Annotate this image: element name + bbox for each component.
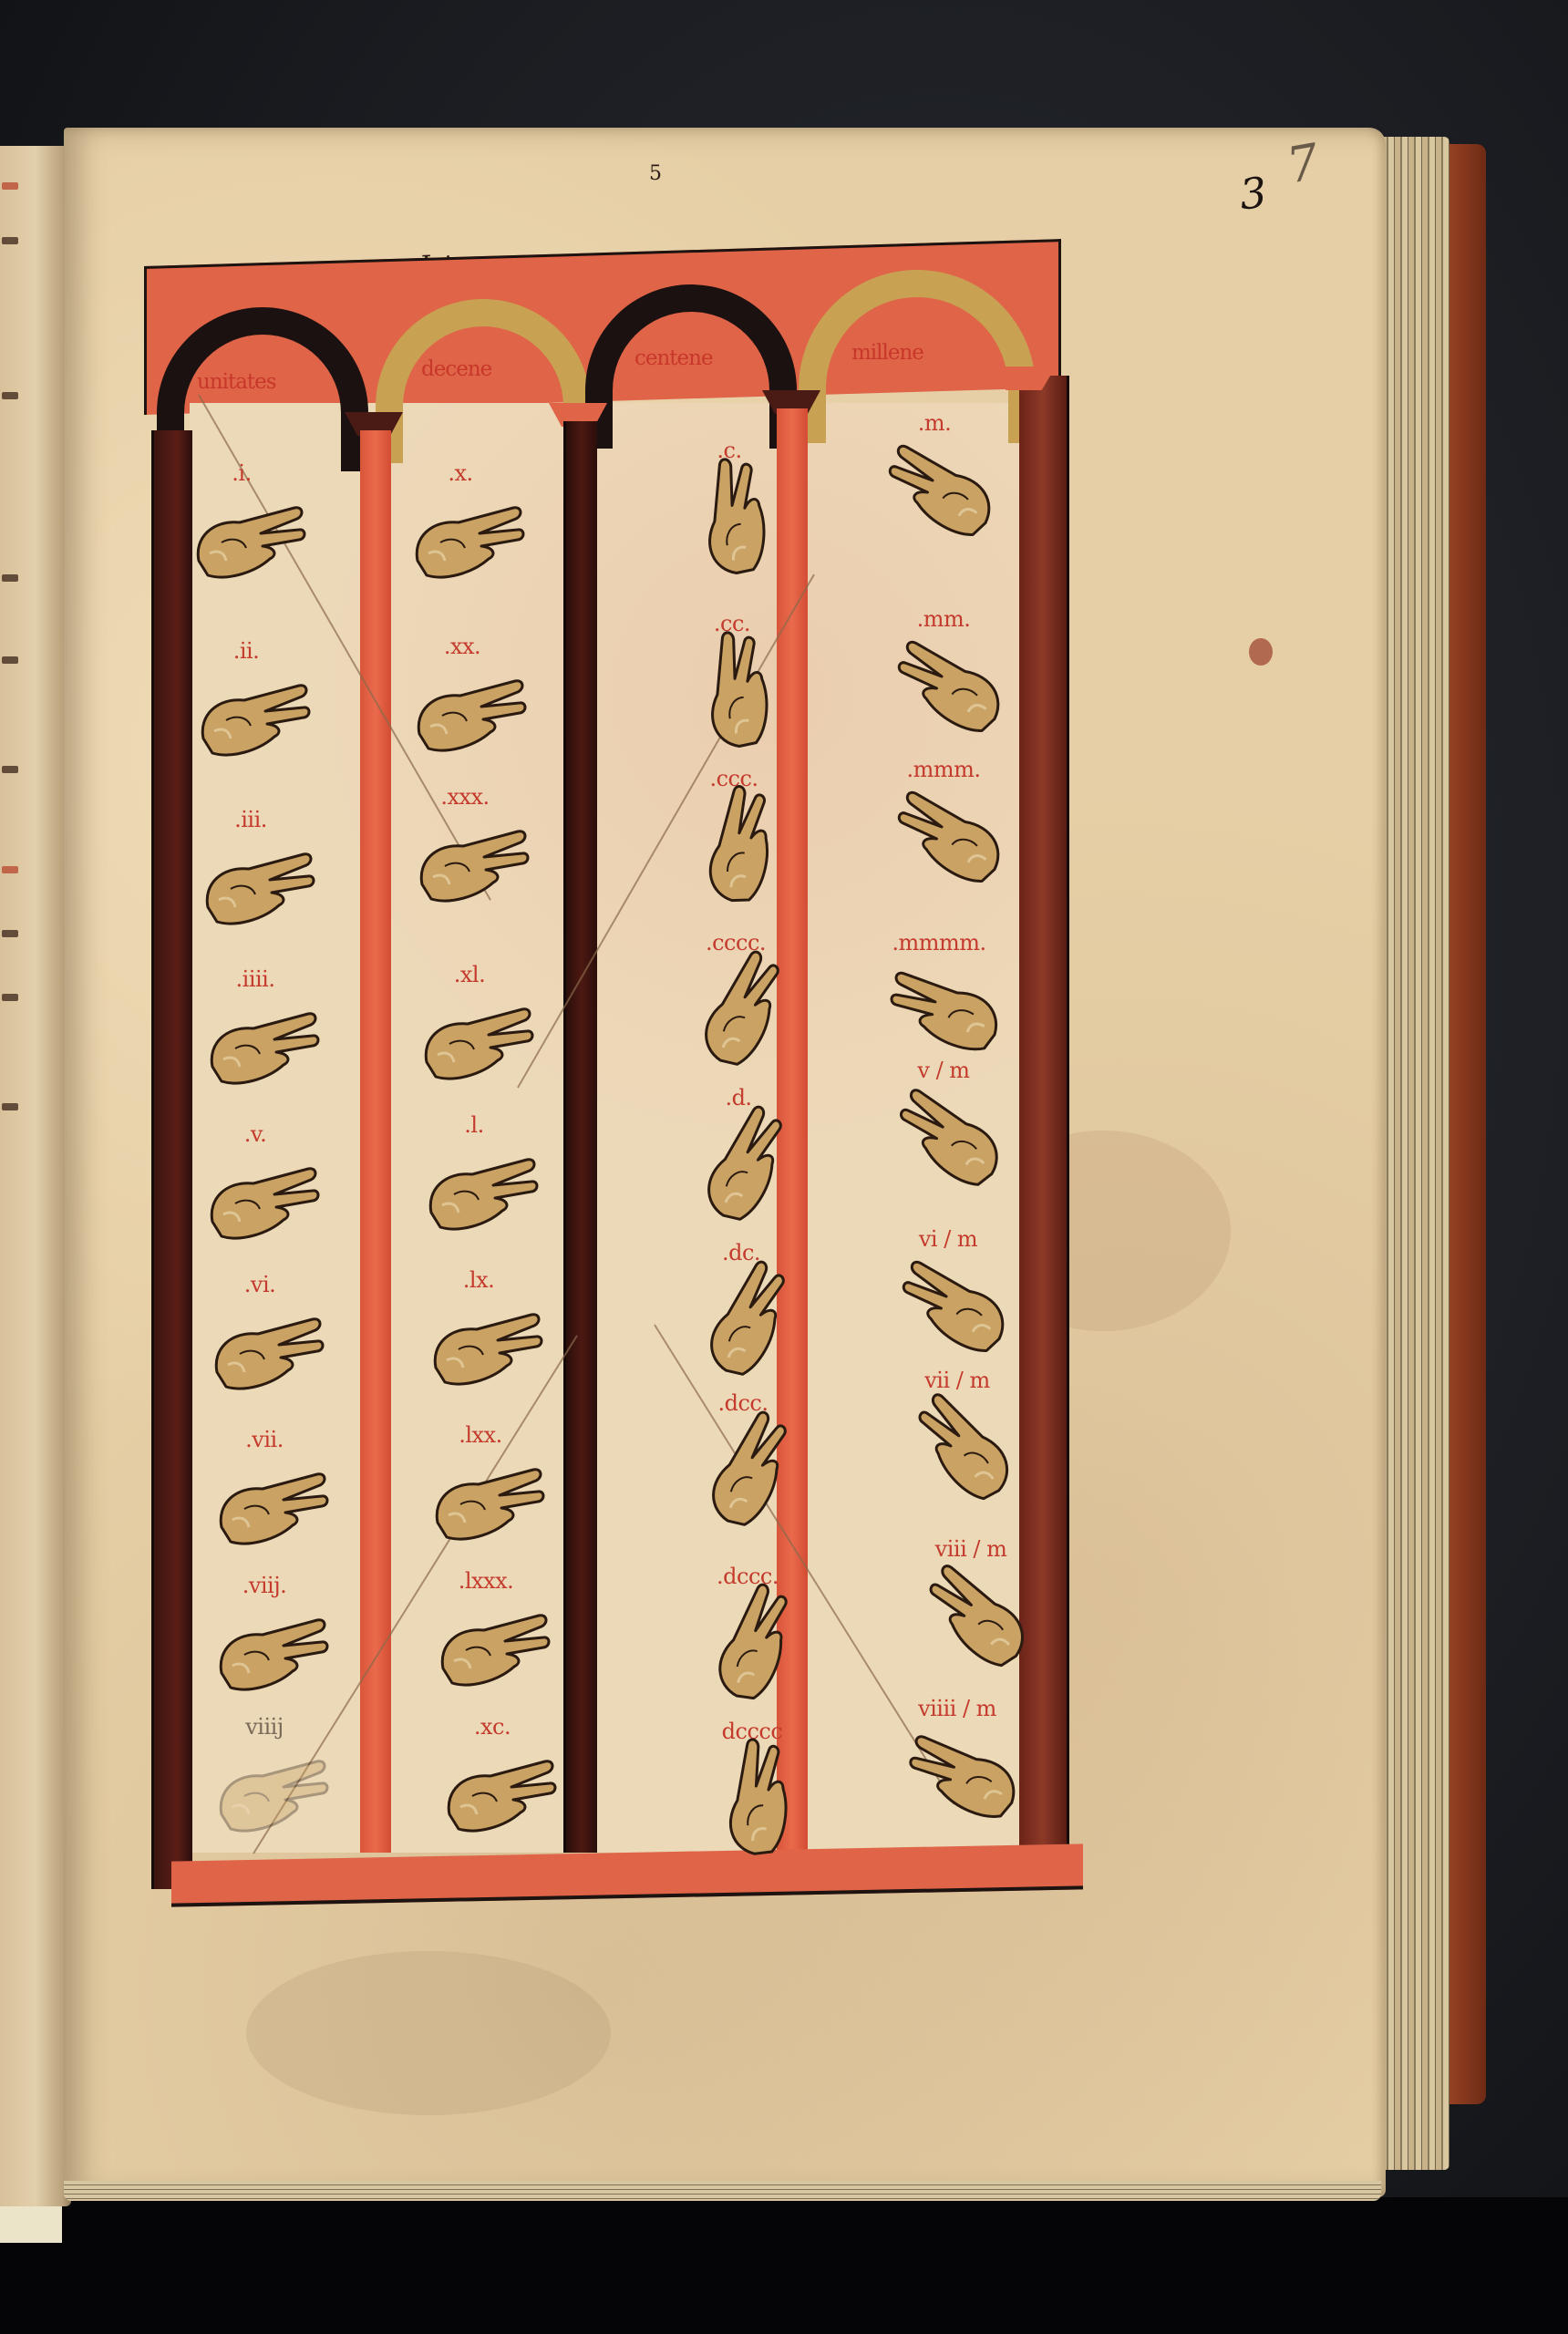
counting-hand-icon: [891, 1380, 1039, 1519]
numeral-label: .iiii.: [187, 966, 324, 992]
counting-hand-icon: [418, 998, 536, 1090]
hand-sign-cell: .xc.: [424, 1714, 570, 1878]
facing-text-fragment: [2, 994, 18, 1001]
counting-hand-icon: [905, 1552, 1051, 1685]
hand-sign-cell: .cccc.: [667, 930, 813, 1094]
hand-sign-cell: .lx.: [410, 1267, 556, 1431]
numeral-label: .lx.: [410, 1267, 547, 1293]
facing-text-fragment: [2, 656, 18, 664]
facing-text-fragment: [2, 574, 18, 582]
counting-hand-icon: [408, 497, 527, 588]
hand-sign-cell: viii / m: [903, 1536, 1048, 1700]
hand-sign-cell: .mm.: [875, 606, 1021, 770]
counting-hand-icon: [440, 1750, 559, 1842]
hand-sign-cell: .dccc.: [679, 1564, 825, 1728]
numeral-label: .iii.: [182, 807, 319, 832]
hand-sign-cell: .d.: [670, 1085, 816, 1249]
numeral-label: vii / m: [889, 1368, 1026, 1393]
numeral-label: v / m: [875, 1058, 1012, 1083]
background-shadow: [0, 2197, 1568, 2334]
numeral-label: .x.: [392, 460, 529, 486]
numeral-label: .xxx.: [397, 784, 533, 810]
numeral-label: vi / m: [880, 1226, 1016, 1252]
numeral-label: .cccc.: [667, 930, 804, 955]
numeral-label: .l.: [406, 1112, 542, 1138]
numeral-label: .viij.: [196, 1573, 333, 1598]
hand-sign-cell: viiij: [196, 1714, 342, 1878]
facing-text-fragment: [2, 866, 18, 873]
numeral-label: .dcc.: [675, 1390, 811, 1416]
facing-text-fragment: [2, 392, 18, 399]
counting-hand-icon: [882, 780, 1019, 898]
gutter-mark: 5: [649, 162, 662, 185]
numeral-label: .ii.: [178, 638, 315, 664]
hand-sign-cell: .xl.: [401, 962, 547, 1126]
hand-sign-cell: .l.: [406, 1112, 552, 1276]
hand-sign-cell: .vii.: [196, 1427, 342, 1591]
hand-sign-cell: .dcc.: [675, 1390, 820, 1554]
column-heading-millene: millene: [851, 341, 923, 365]
facing-page: [0, 146, 71, 2206]
hand-sign-cell: .x.: [392, 460, 538, 625]
hand-sign-cell: .lxxx.: [418, 1568, 563, 1732]
page-bottom-edge: [64, 2181, 1381, 2201]
counting-hand-icon: [190, 497, 308, 588]
numeral-label: .vii.: [196, 1427, 333, 1452]
hand-sign-cell: .dc.: [673, 1240, 819, 1404]
facing-text-fragment: [2, 1103, 18, 1110]
counting-hand-icon: [675, 1248, 823, 1397]
numeral-label: .dc.: [673, 1240, 810, 1265]
counting-hand-icon: [212, 1463, 331, 1554]
facing-text-fragment: [2, 930, 18, 937]
counting-hand-icon: [676, 1399, 825, 1547]
numeral-label: .xc.: [424, 1714, 561, 1740]
numeral-label: viiii / m: [889, 1696, 1026, 1721]
counting-hand-icon: [669, 938, 818, 1087]
hand-sign-cell: .iii.: [182, 807, 328, 971]
column-heading-centene: centene: [634, 346, 713, 370]
counting-hand-icon: [434, 1605, 552, 1696]
hand-sign-cell: .xx.: [394, 634, 540, 798]
counting-hand-icon: [886, 1249, 1024, 1368]
column-heading-decene: decene: [421, 357, 491, 381]
counting-hand-icon: [410, 670, 529, 761]
counting-hand-icon: [194, 675, 313, 766]
hand-sign-cell: .viij.: [196, 1573, 342, 1737]
counting-hand-icon: [208, 1308, 326, 1399]
hand-sign-cell: .xxx.: [397, 784, 542, 948]
numeral-label: .mmmm.: [871, 930, 1007, 955]
hand-sign-cell: viiii / m: [889, 1696, 1035, 1860]
hand-sign-cell: v / m: [875, 1058, 1021, 1222]
numeral-label: .lxxx.: [418, 1568, 554, 1594]
numeral-label: .m.: [866, 410, 1003, 436]
numeral-label: .xx.: [394, 634, 531, 659]
counting-hand-icon: [203, 1003, 322, 1094]
hand-sign-cell: .ii.: [178, 638, 324, 802]
red-stain: [1249, 638, 1273, 666]
counting-hand-icon: [203, 1158, 322, 1249]
numeral-label: .mmm.: [875, 757, 1012, 782]
hand-sign-cell: .iiii.: [187, 966, 333, 1131]
hand-sign-cell: .cc.: [664, 611, 810, 775]
counting-hand-icon: [212, 1750, 331, 1842]
counting-hand-icon: [413, 821, 531, 912]
hand-sign-cell: vi / m: [880, 1226, 1026, 1390]
counting-hand-icon: [882, 629, 1019, 748]
page-tab: [0, 2206, 62, 2243]
numeral-label: .vi.: [191, 1272, 328, 1297]
numeral-label: .v.: [187, 1121, 324, 1147]
hand-sign-cell: .mmm.: [875, 757, 1021, 921]
water-stain: [246, 1951, 611, 2115]
counting-hand-icon: [900, 1724, 1030, 1831]
column-heading-unitates: unitates: [197, 370, 276, 394]
counting-hand-icon: [428, 1459, 547, 1550]
counting-hand-icon: [682, 1571, 828, 1720]
counting-hand-icon: [672, 1093, 820, 1242]
counting-hand-icon: [672, 774, 810, 923]
hand-sign-cell: .c.: [661, 438, 807, 602]
hand-sign-cell: .ccc.: [665, 766, 811, 930]
counting-hand-icon: [883, 962, 1009, 1063]
facing-text-fragment: [2, 182, 18, 190]
numeral-label: .xl.: [401, 962, 538, 987]
hand-sign-cell: .m.: [866, 410, 1012, 574]
numeral-label: viii / m: [903, 1536, 1039, 1562]
counting-hand-icon: [422, 1149, 541, 1240]
numeral-label: .d.: [670, 1085, 807, 1110]
column-divider-dark: [563, 421, 597, 1853]
hand-sign-cell: .v.: [187, 1121, 333, 1286]
counting-hand-icon: [693, 1728, 826, 1874]
counting-hand-icon: [212, 1609, 331, 1700]
counting-hand-icon: [674, 449, 799, 591]
facing-text-fragment: [2, 237, 18, 244]
numeral-label: .lxx.: [412, 1422, 549, 1448]
counting-hand-icon: [880, 1077, 1022, 1203]
facing-text-fragment: [2, 766, 18, 773]
folio-number: 3: [1237, 168, 1269, 220]
counting-hand-icon: [427, 1304, 545, 1395]
counting-hand-icon: [872, 433, 1010, 552]
hand-sign-cell: vii / m: [889, 1368, 1035, 1532]
numeral-label: .i.: [173, 460, 310, 486]
hand-sign-cell: .lxx.: [412, 1422, 558, 1586]
numeral-label: .mm.: [875, 606, 1012, 632]
numeral-label: viiij: [196, 1714, 333, 1740]
hand-sign-cell: .i.: [173, 460, 319, 625]
counting-hand-icon: [676, 622, 802, 764]
hand-sign-cell: dcccc: [684, 1719, 830, 1883]
counting-hand-icon: [199, 843, 317, 935]
hand-sign-cell: .vi.: [191, 1272, 337, 1436]
